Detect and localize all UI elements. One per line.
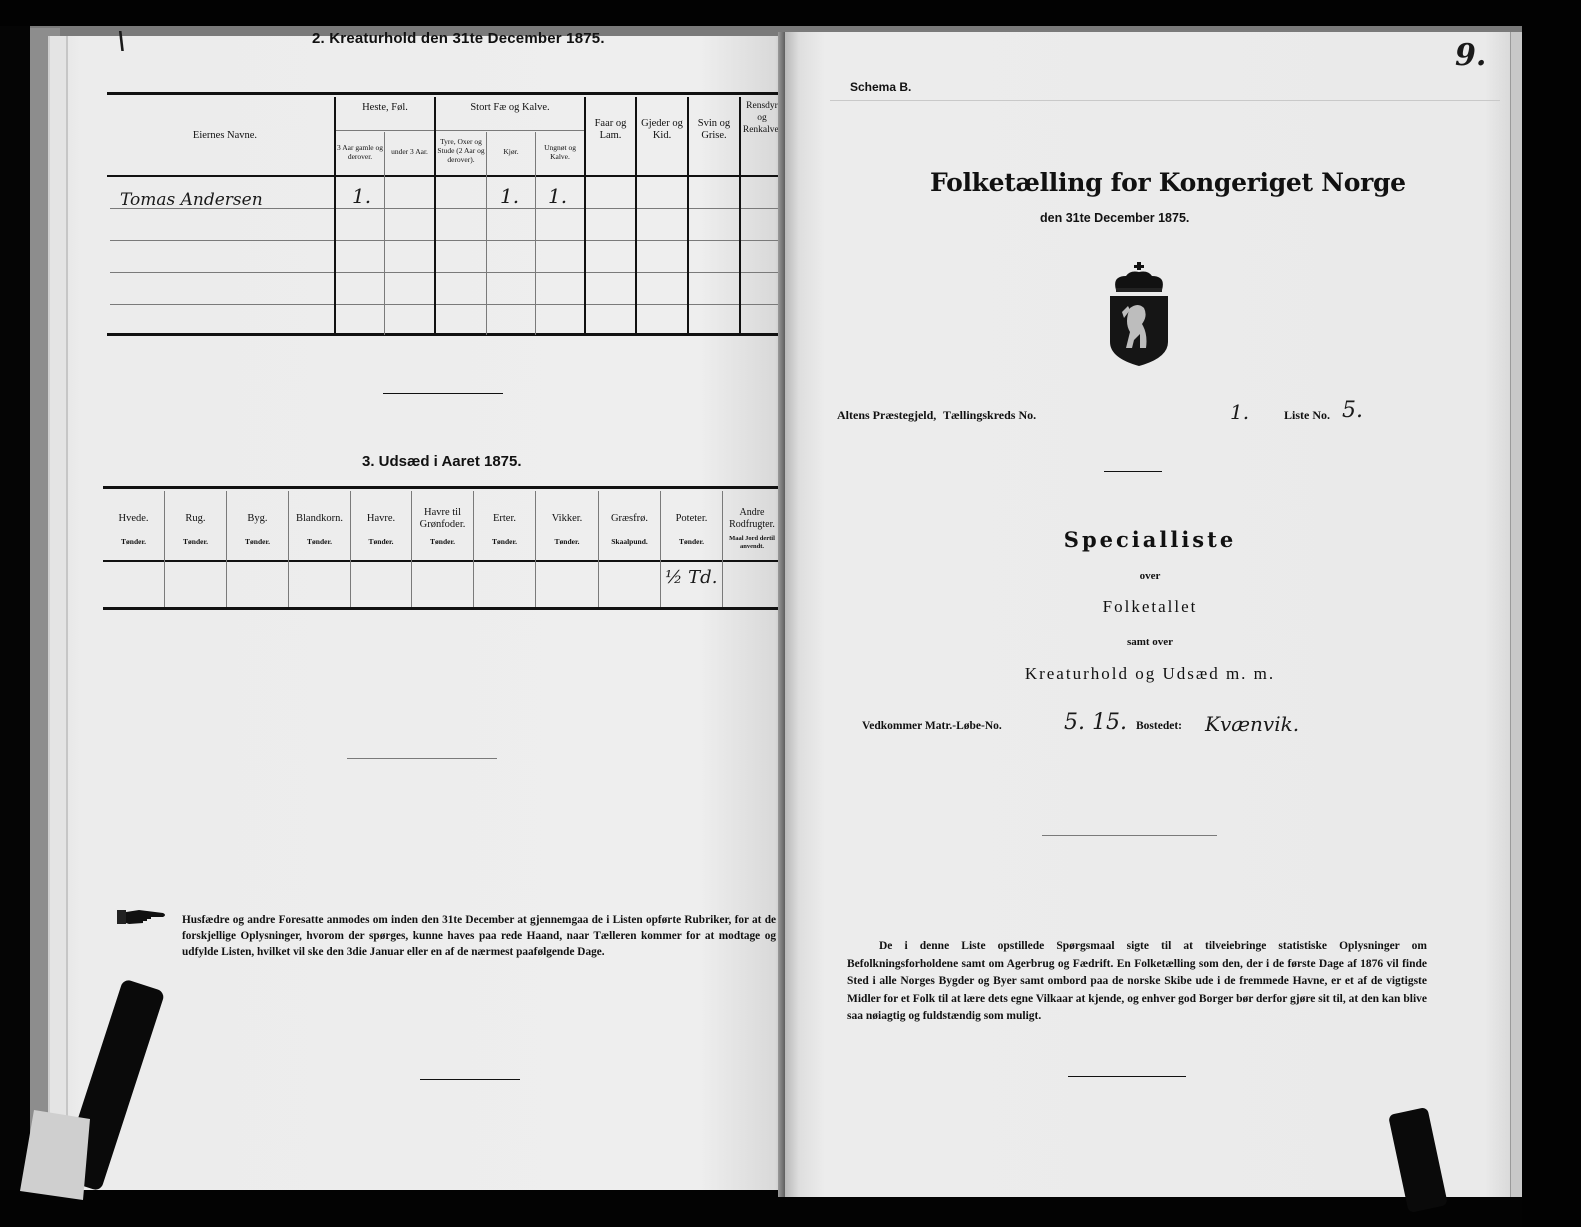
seed-unit-vetch: Tønder. xyxy=(536,537,598,546)
seed-col-vetch: Vikker. xyxy=(536,513,598,525)
seed-unit-grass-seed: Skaalpund. xyxy=(599,537,660,546)
bosted-value: Kvænvik. xyxy=(1205,712,1299,736)
seed-col-other-roots: Andre Rodfrugter. xyxy=(723,507,781,531)
seed-unit-mixed-grain: Tønder. xyxy=(289,537,350,546)
matr-number: 5. 15. xyxy=(1064,710,1127,735)
coat-of-arms-icon xyxy=(1108,262,1170,368)
specialliste-heading: Specialliste xyxy=(940,527,1360,552)
list-number: 5. xyxy=(1342,398,1363,423)
scanned-census-spread: \ 2. Kreaturhold den 31te December 1875.… xyxy=(0,0,1581,1227)
pointing-hand-icon xyxy=(117,908,167,926)
page-edge-right xyxy=(1510,32,1522,1197)
seed-col-rye: Rug. xyxy=(165,513,226,525)
header-horses-under3: under 3 Aar. xyxy=(385,147,434,156)
seed-unit-green-oats: Tønder. xyxy=(412,537,473,546)
header-cattle-bulls: Tyre, Oxer og Stude (2 Aar og derover). xyxy=(436,137,486,164)
seed-unit-rye: Tønder. xyxy=(165,537,226,546)
divider-rule xyxy=(383,393,503,394)
seed-unit-barley: Tønder. xyxy=(227,537,288,546)
seed-col-potatoes: Poteter. xyxy=(661,513,722,525)
seed-unit-wheat: Tønder. xyxy=(103,537,164,546)
district-number: 1. xyxy=(1230,400,1249,424)
header-goats: Gjeder og Kid. xyxy=(637,118,687,142)
seed-unit-oats: Tønder. xyxy=(351,537,411,546)
owner-name-cell: Tomas Andersen xyxy=(120,190,263,210)
divider-rule xyxy=(1068,1076,1186,1077)
header-cattle-young: Ungnøt og Kalve. xyxy=(536,143,584,161)
seed-col-mixed-grain: Blandkorn. xyxy=(289,513,350,525)
kreaturhold-udsaed-text: Kreaturhold og Udsæd m. m. xyxy=(940,664,1360,684)
scan-border-top xyxy=(0,0,1581,26)
document-title: Folketælling for Kongeriget Norge xyxy=(930,168,1406,197)
header-cattle-cows: Kjør. xyxy=(487,147,535,156)
seed-col-peas: Erter. xyxy=(474,513,535,525)
seed-col-green-oats: Havre til Grønfoder. xyxy=(412,507,473,531)
seed-col-barley: Byg. xyxy=(227,513,288,525)
show-through-rule xyxy=(830,100,1500,101)
table2-title: 2. Kreaturhold den 31te December 1875. xyxy=(312,30,605,47)
seed-col-grass-seed: Græsfrø. xyxy=(599,513,660,525)
horses-3plus-cell: 1. xyxy=(352,184,371,208)
samt-over-text: samt over xyxy=(940,636,1360,648)
parish-label: Altens Præstegjeld, xyxy=(837,408,936,423)
header-horses-3plus: 3 Aar gamle og derover. xyxy=(336,143,384,161)
seed-unit-peas: Tønder. xyxy=(474,537,535,546)
page-number: 9. xyxy=(1455,38,1486,73)
bosted-label: Bostedet: xyxy=(1136,720,1182,732)
cattle-young-cell: 1. xyxy=(548,184,567,208)
divider-rule xyxy=(1042,835,1217,836)
district-label: Tællingskreds No. xyxy=(943,408,1036,423)
purpose-paragraph: De i denne Liste opstillede Spørgsmaal s… xyxy=(847,938,1427,1026)
divider-rule xyxy=(347,758,497,759)
left-page xyxy=(50,36,785,1196)
page-edges-left xyxy=(48,36,68,1196)
census-date: den 31te December 1875. xyxy=(1040,211,1189,225)
seed-col-oats: Havre. xyxy=(351,513,411,525)
purpose-text: De i denne Liste opstillede Spørgsmaal s… xyxy=(847,940,1427,1022)
matr-label: Vedkommer Matr.-Løbe-No. xyxy=(862,720,1002,732)
schema-label: Schema B. xyxy=(850,80,911,94)
list-label: Liste No. xyxy=(1284,408,1330,423)
over-text: over xyxy=(940,570,1360,582)
header-reindeer: Rensdyr og Renkalve. xyxy=(741,100,783,136)
header-pigs: Svin og Grise. xyxy=(689,118,739,142)
header-horses: Heste, Føl. xyxy=(336,102,434,114)
header-owner: Eiernes Navne. xyxy=(150,130,300,142)
heading-text: Specialliste xyxy=(1064,527,1236,552)
folketallet-text: Folketallet xyxy=(940,597,1360,617)
page-mark-left: \ xyxy=(117,26,126,55)
seed-unit-potatoes: Tønder. xyxy=(661,537,722,546)
header-sheep: Faar og Lam. xyxy=(586,118,635,142)
seed-col-wheat: Hvede. xyxy=(103,513,164,525)
cattle-cows-cell: 1. xyxy=(500,184,519,208)
seed-unit-other-roots: Maal Jord dertil anvendt. xyxy=(723,535,781,551)
table3-title: 3. Udsæd i Aaret 1875. xyxy=(362,453,522,470)
header-cattle: Stort Fæ og Kalve. xyxy=(436,102,584,114)
instructions-notice: Husfædre og andre Foresatte anmodes om i… xyxy=(182,912,776,960)
scan-border-right xyxy=(1522,0,1581,1227)
potatoes-value-cell: ½ Td. xyxy=(665,567,717,588)
divider-rule xyxy=(1104,471,1162,472)
divider-rule xyxy=(420,1079,520,1080)
